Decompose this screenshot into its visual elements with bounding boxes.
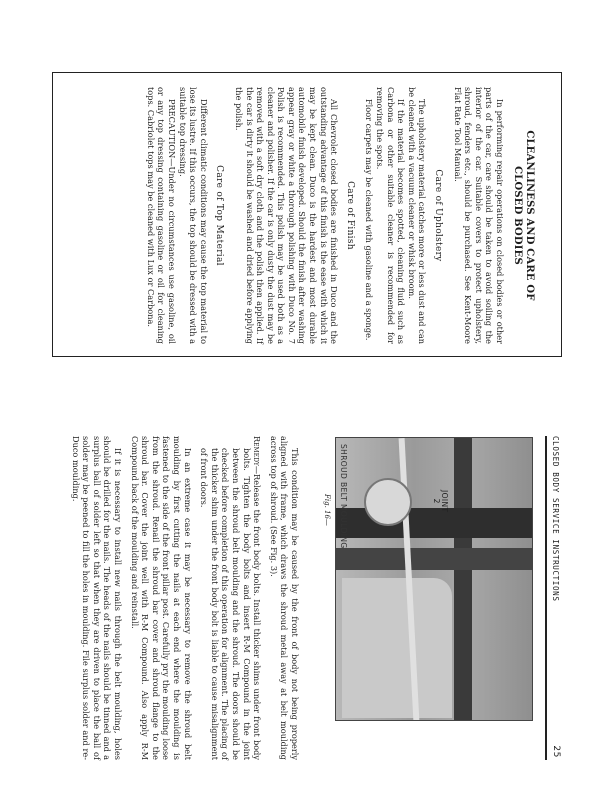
header-title: CLOSED BODY SERVICE INSTRUCTIONS [551,436,560,602]
finish-heading: Care of Finish [344,87,355,344]
figure-caption: Fig. 16— [323,494,331,526]
condition-paragraph: This condition may be caused by the fron… [268,436,300,760]
photo-shroud-bar [454,438,472,721]
shroud-belt-moulding-label: SHROUD BELT MOULDING [339,444,348,549]
remedy-text: —Release the front body bolts. Install t… [199,448,262,760]
upholstery-paragraph-2: If the material becomes spotted, cleanin… [374,87,406,344]
finish-paragraph: All Chevrolet closed bodies are finished… [233,87,339,344]
precaution-paragraph: PRECAUTION—Under no circumstances use ga… [145,87,177,344]
article-title-line-2: CLOSED BODIES [511,87,523,344]
photo-windshield [342,578,452,718]
photo-pillar-edge [335,548,532,570]
figure-16-photo: JOINT 2 SHROUD BELT MOULDING [335,437,533,721]
document-page: CLEANLINESS AND CARE OF CLOSED BODIES In… [0,0,612,792]
upholstery-paragraph-1: The upholstery material catches more or … [406,87,427,344]
top-material-heading: Care of Top Material [214,87,225,344]
article-title-line-1: CLEANLINESS AND CARE OF [523,87,535,344]
joint-label: JOINT 2 [432,490,448,513]
cleanliness-boxed-article: CLEANLINESS AND CARE OF CLOSED BODIES In… [52,72,562,357]
top-material-paragraph-1: Different climatic conditions may cause … [177,87,209,344]
joint-label-number: 2 [432,490,440,513]
remedy-paragraph: Remedy—Release the front body bolts. Ins… [199,436,263,760]
upholstery-heading: Care of Upholstery [432,87,443,344]
extreme-case-paragraph: In an extreme case it may be necessary t… [129,436,193,760]
joint-label-word: JOINT [440,490,448,513]
header-rule [546,436,548,760]
remedy-label: Remedy [252,436,262,466]
running-header: CLOSED BODY SERVICE INSTRUCTIONS 25 [546,436,562,760]
photo-cowl-lamp [364,478,412,526]
page-number: 25 [551,745,561,758]
intro-paragraph: In performing repair operations on close… [452,87,505,344]
upholstery-paragraph-3: Floor carpets may be cleaned with gasoli… [364,87,375,344]
body-text-column: This condition may be caused by the fron… [50,436,300,760]
new-nails-paragraph: If it is necessary to install new nails … [70,436,123,760]
article-title: CLEANLINESS AND CARE OF CLOSED BODIES [511,87,535,344]
